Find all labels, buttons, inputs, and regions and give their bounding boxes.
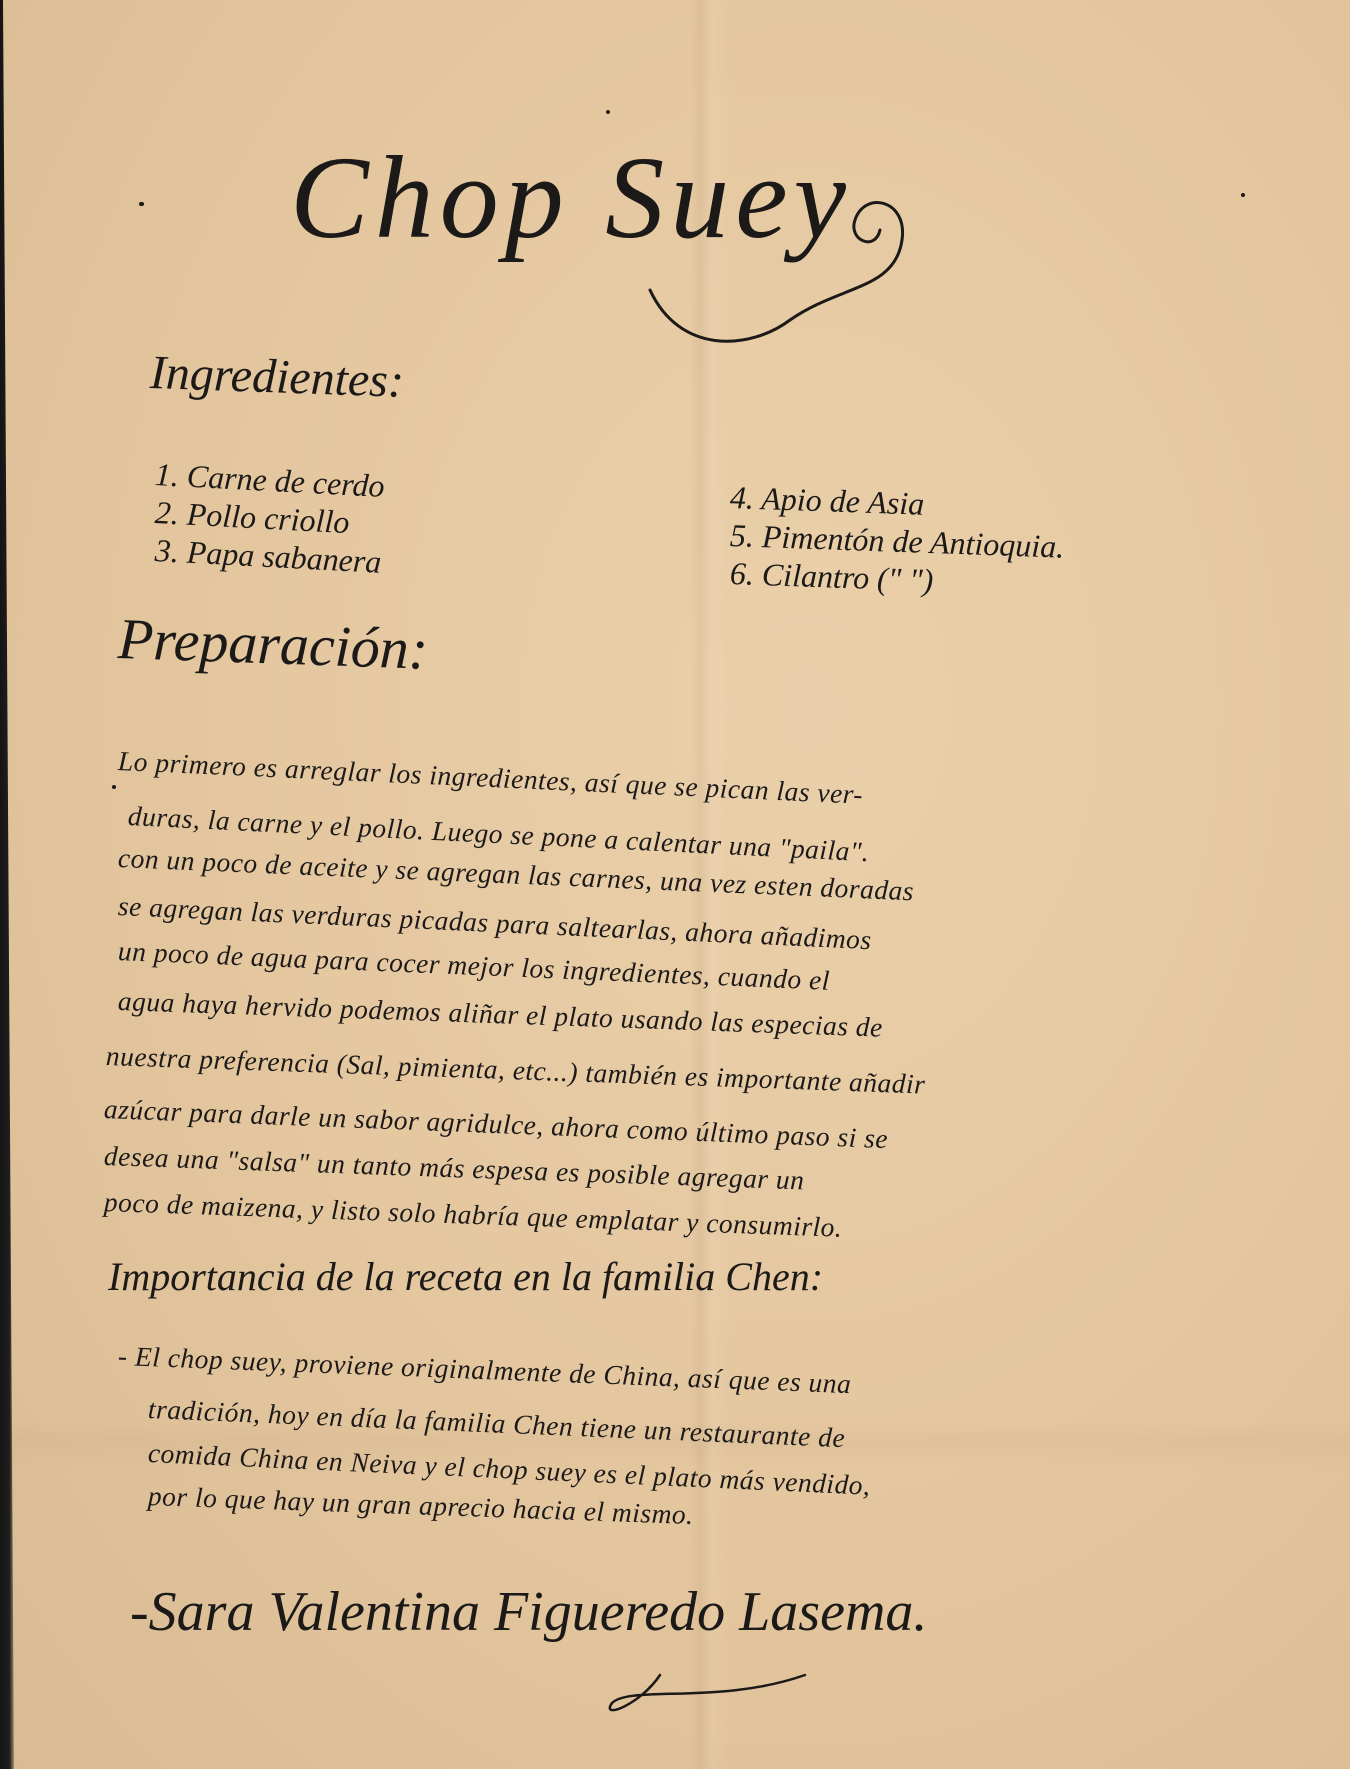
ingredient-number: 5. (729, 517, 754, 554)
ingredient-text: Apio de Asia (761, 480, 925, 522)
signature-flourish (600, 1665, 820, 1725)
ingredients-list-right: 4. Apio de Asia 5. Pimentón de Antioquia… (730, 478, 1064, 592)
ingredient-number: 4. (729, 479, 754, 516)
ink-dot (606, 110, 610, 114)
ingredients-heading: Ingredientes: (149, 345, 405, 409)
preparation-heading: Preparación: (117, 605, 429, 683)
ingredient-number: 1. (154, 456, 180, 493)
author-signature: -Sara Valentina Figueredo Lasema. (130, 1580, 927, 1644)
ink-dot (112, 785, 116, 789)
ingredient-number: 6. (729, 555, 754, 592)
ink-dot (139, 202, 144, 206)
ingredient-text: Cilantro (" ") (761, 556, 934, 598)
ingredient-number: 2. (154, 494, 180, 531)
title-flourish (640, 180, 920, 360)
ingredient-number: 3. (154, 532, 180, 569)
importance-heading: Importancia de la receta en la familia C… (108, 1253, 823, 1300)
ink-dot (1241, 193, 1245, 197)
ingredients-list-left: 1. Carne de cerdo 2. Pollo criollo 3. Pa… (155, 455, 385, 569)
